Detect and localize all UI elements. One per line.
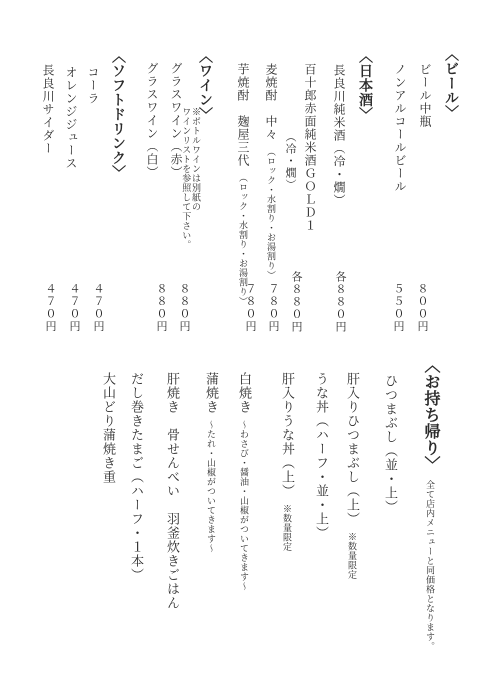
wine-note-line-1: ※ボトルワインは別紙の: [190, 107, 200, 250]
price-nagaragawa-cider: ４７０円: [43, 283, 55, 333]
item-condiment-note: ～わさび・醤油・山椒がついてきます～: [239, 420, 249, 591]
item-name: 麦焼酎 中々: [264, 63, 278, 141]
section-title-takeout: 〈お持ち帰り〉全て店内メニューと同価格となります。: [422, 357, 439, 651]
item-name: 白焼き: [237, 372, 252, 414]
wine-bottle-list-note: ※ボトルワインは別紙の ワインリストを参照して下さい。: [181, 107, 200, 250]
takeout-title: 〈お持ち帰り〉: [422, 357, 439, 473]
item-limited-note: ※数量限定: [282, 504, 292, 552]
menu-item-daisendori-kabayaki-ju: 大山どり蒲焼き重: [101, 372, 115, 484]
item-name: 肝入りひつまぶし（上）: [345, 372, 360, 526]
section-title-soft-drink: 〈ソフトドリンク〉: [110, 49, 125, 180]
price-glass-wine-red: ８８０円: [177, 283, 189, 333]
menu-item-kimoyaki-honesenbei-hagama-gohan: 肝焼き 骨せんべい 羽釜炊きごはん: [165, 372, 179, 610]
section-title-beer: 〈ビール〉: [443, 47, 458, 120]
menu-item-mugi-shochu-nakanaka: 麦焼酎 中々（ロック・水割り・お湯割り）: [264, 63, 277, 280]
item-serving-note: （ロック・水割り・お湯割り）: [266, 147, 276, 280]
menu-item-kimo-iri-hitsumabushi: 肝入りひつまぶし（上）※数量限定: [345, 372, 359, 580]
takeout-same-price-note: 全て店内メニューと同価格となります。: [425, 480, 435, 651]
price-beer-bottle: ８００円: [415, 283, 427, 333]
item-limited-note: ※数量限定: [347, 532, 357, 580]
menu-item-unadon: うな丼（ハーフ・並・上）: [314, 372, 328, 540]
menu-item-nagaragawa-junmai: 長良川純米酒（冷・燗）: [332, 64, 345, 207]
price-mugi-shochu-nakanaka: ７８０円: [266, 283, 278, 333]
menu-item-nagaragawa-cider: 長良川サイダー: [41, 64, 54, 155]
section-title-sake: 〈日本酒〉: [357, 49, 372, 122]
price-nonalcohol-beer: ５５０円: [391, 283, 403, 333]
price-glass-wine-white: ８８０円: [154, 283, 166, 333]
price-nagaragawa-junmai: 各８８０円: [333, 271, 345, 334]
price-cola: ４７０円: [91, 283, 103, 333]
menu-item-kabayaki: 蒲焼き～たれ・山椒がついてきます～: [204, 372, 218, 553]
item-condiment-note: ～たれ・山椒がついてきます～: [206, 420, 216, 553]
menu-page: 〈ビール〉 ビール中瓶 ８００円 ノンアルコールビール ５５０円 〈日本酒〉 長…: [0, 0, 495, 700]
menu-item-beer-bottle: ビール中瓶: [418, 63, 431, 128]
menu-item-hyakujuro-gold: 百十郎赤面純米酒ＧＯＬＤ１: [303, 63, 316, 232]
menu-item-nonalcohol-beer: ノンアルコールビール: [393, 63, 406, 193]
menu-item-kimo-iri-unadon: 肝入りうな丼（上）※数量限定: [280, 372, 294, 552]
price-orange-juice: ４７０円: [67, 283, 79, 333]
price-imo-shochu-kojiya-sandai: ７８０円: [243, 283, 255, 333]
menu-item-hyakujuro-gold-serving-note: （冷・燗）: [283, 131, 295, 191]
menu-item-imo-shochu-kojiya-sandai: 芋焼酎 麹屋三代（ロック・水割り・お湯割り）: [236, 63, 249, 306]
menu-item-hitsumabushi: ひつまぶし（並・上）: [383, 374, 397, 514]
item-name: 肝入りうな丼（上）: [280, 372, 295, 498]
menu-item-glass-wine-red: グラスワイン（赤）: [169, 62, 182, 179]
item-name: 蒲焼き: [204, 372, 219, 414]
menu-item-dashimaki-tamago: だし巻きたまご（ハーフ・１本）: [129, 372, 143, 582]
menu-item-orange-juice: オレンジジュース: [64, 66, 77, 170]
menu-item-glass-wine-white: グラスワイン（白）: [145, 62, 158, 179]
price-hyakujuro-gold: 各８８０円: [289, 271, 301, 334]
menu-item-cola: コーラ: [86, 66, 99, 105]
menu-item-shirayaki: 白焼き～わさび・醤油・山椒がついてきます～: [237, 372, 251, 591]
item-name: 芋焼酎 麹屋三代: [236, 63, 250, 167]
